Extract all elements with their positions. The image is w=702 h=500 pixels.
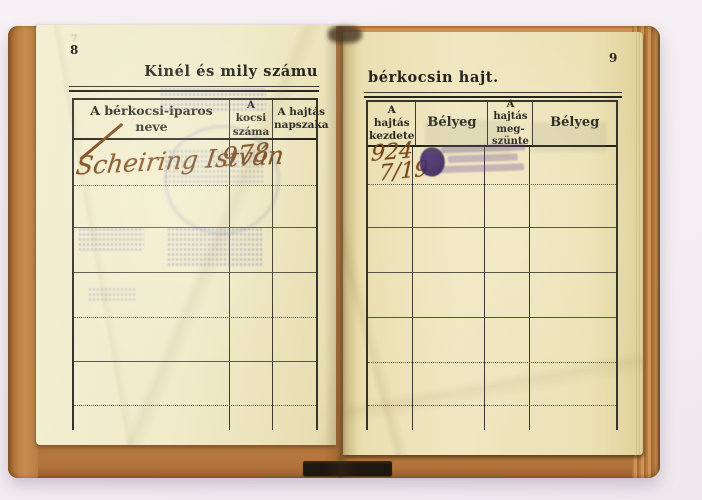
table-left-row-rule bbox=[74, 361, 316, 362]
spine-binding-strip bbox=[303, 461, 392, 476]
column-header-driving-shift: A hajtás napszaka bbox=[272, 100, 330, 138]
page-number-right: 9 bbox=[609, 51, 618, 65]
double-rule-right bbox=[364, 92, 622, 98]
table-right-column-divider bbox=[529, 147, 530, 430]
table-left-row-rule bbox=[74, 405, 316, 406]
table-right-row-rule bbox=[368, 317, 616, 318]
page-right: 9 bérkocsin hajt. A hajtás kezdete Bélye… bbox=[343, 32, 643, 455]
spread-title-right-fragment: bérkocsin hajt. bbox=[368, 69, 499, 86]
table-right-row-rule bbox=[368, 362, 616, 363]
scan-background: 7 8 Kinél és mily számu A bérkocsi-iparo… bbox=[0, 0, 702, 500]
blue-ink-smudge bbox=[160, 87, 266, 111]
page-left: 7 8 Kinél és mily számu A bérkocsi-iparo… bbox=[36, 25, 336, 445]
ink-bleed-ghost bbox=[531, 122, 607, 152]
table-right-row-rule bbox=[368, 227, 616, 228]
stamp-imprint-line bbox=[448, 154, 518, 163]
stamp-imprint-line bbox=[436, 163, 524, 173]
spread-title-left-fragment: Kinél és mily számu bbox=[144, 63, 318, 80]
blue-ink-smudge bbox=[164, 149, 264, 185]
table-right-row-rule bbox=[368, 272, 616, 273]
page-number-left: 8 bbox=[70, 43, 79, 57]
table-right-column-divider bbox=[412, 147, 413, 430]
blue-ink-smudge bbox=[167, 227, 263, 267]
blue-ink-smudge bbox=[88, 287, 136, 302]
table-right-row-rule bbox=[368, 405, 616, 406]
table-left-row-rule bbox=[74, 317, 316, 318]
table-left-row-rule bbox=[74, 272, 316, 273]
blue-ink-smudge bbox=[78, 227, 144, 251]
gutter-top-shadow bbox=[328, 26, 362, 43]
ink-bleed-ghost bbox=[425, 120, 511, 154]
